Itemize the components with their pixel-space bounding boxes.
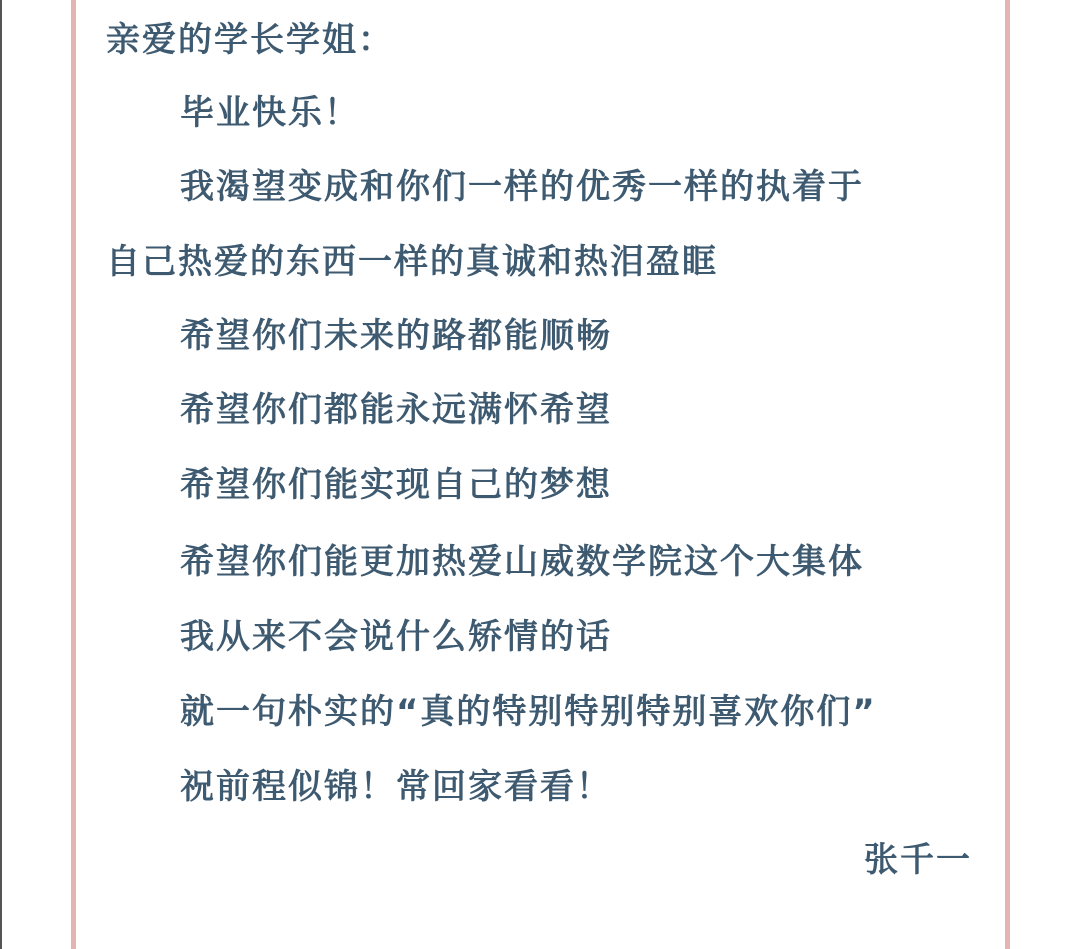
frame-border-right <box>1005 0 1010 949</box>
paragraph-line: 我从来不会说什么矫情的话 <box>180 617 612 657</box>
paragraph-line: 祝前程似锦！常回家看看！ <box>180 767 612 807</box>
signature: 张千一 <box>864 840 972 880</box>
paragraph-line: 希望你们未来的路都能顺畅 <box>180 316 612 356</box>
frame-border-left <box>71 0 76 949</box>
paragraph-line: 希望你们都能永远满怀希望 <box>180 390 612 430</box>
paragraph-line: 希望你们能更加热爱山威数学院这个大集体 <box>180 542 864 582</box>
paragraph-line: 我渴望变成和你们一样的优秀一样的执着于 <box>180 167 864 207</box>
left-edge-divider <box>0 0 2 949</box>
letter-page: 亲爱的学长学姐： 毕业快乐！ 我渴望变成和你们一样的优秀一样的执着于 自己热爱的… <box>0 0 1080 949</box>
paragraph-line-continued: 自己热爱的东西一样的真诚和热泪盈眶 <box>106 242 718 282</box>
paragraph-line: 希望你们能实现自己的梦想 <box>180 465 612 505</box>
salutation: 亲爱的学长学姐： <box>106 20 394 60</box>
paragraph-line: 毕业快乐！ <box>180 93 360 133</box>
paragraph-line: 就一句朴实的“真的特别特别特别喜欢你们” <box>180 692 877 732</box>
